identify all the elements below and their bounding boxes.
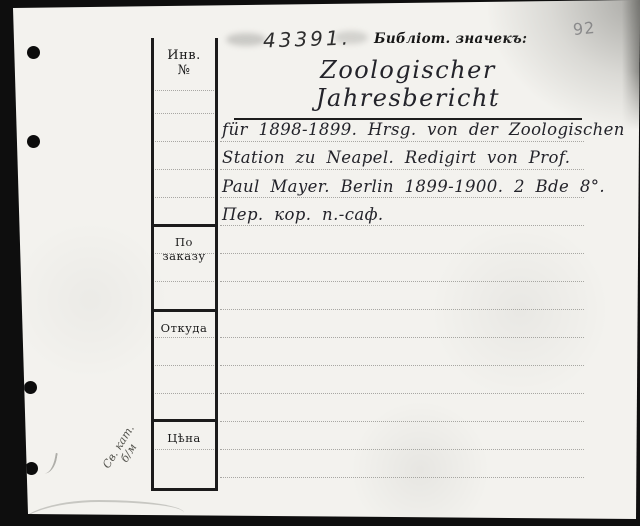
dotted-rule <box>155 141 214 142</box>
label-inventory-number: Инв. № <box>152 48 216 78</box>
dotted-rule <box>155 393 214 394</box>
scan-artifact <box>14 500 184 526</box>
label-by-order: По заказу <box>152 235 216 263</box>
dotted-rule <box>220 477 584 478</box>
pencil-note: Св. кат. б/м <box>93 410 156 491</box>
accession-number-stamp: 43391. <box>263 25 352 52</box>
dotted-rule <box>220 421 584 422</box>
section-divider <box>151 309 218 312</box>
section-divider <box>151 419 218 422</box>
dotted-rule <box>220 281 584 282</box>
label-inventory-line1: Инв. <box>152 48 216 63</box>
dotted-rule <box>155 197 214 198</box>
scanned-catalog-card: { "card": { "stamp_number": "43391.", "p… <box>0 0 640 526</box>
handwritten-description: für 1898-1899. Hrsg. von der Zoologische… <box>222 116 622 230</box>
dotted-rule <box>155 169 214 170</box>
column-bottom-rule <box>151 488 218 491</box>
dotted-rule <box>155 449 214 450</box>
dotted-rule <box>155 365 214 366</box>
dotted-rule <box>155 281 214 282</box>
punch-hole <box>27 135 40 148</box>
punch-hole <box>25 462 38 475</box>
dotted-rule <box>155 90 214 91</box>
scan-shadow <box>622 0 640 130</box>
pencil-page-number: 92 <box>572 18 596 39</box>
column-right-rule <box>215 38 218 490</box>
description-line: Пер. кор. п.-саф. <box>222 201 622 229</box>
dotted-rule <box>155 337 214 338</box>
dotted-rule <box>220 449 584 450</box>
dotted-rule <box>155 113 214 114</box>
punch-hole <box>27 46 40 59</box>
description-line: für 1898-1899. Hrsg. von der Zoologische… <box>222 116 622 144</box>
dotted-rule <box>220 365 584 366</box>
pencil-mark <box>42 451 58 475</box>
section-divider <box>151 224 218 227</box>
dotted-rule <box>220 253 584 254</box>
dotted-rule <box>220 309 584 310</box>
handwritten-title: Zoologischer Jahresbericht <box>234 56 582 120</box>
ink-smudge <box>226 33 266 46</box>
label-from-where: Откуда <box>152 321 216 335</box>
description-line: Paul Mayer. Berlin 1899-1900. 2 Bde 8°. <box>222 173 622 201</box>
label-inventory-line2: № <box>152 63 216 78</box>
description-line: Station zu Neapel. Redigirt von Prof. <box>222 144 622 172</box>
dotted-rule <box>220 393 584 394</box>
punch-hole <box>24 381 37 394</box>
library-mark-label: Библіот. значекъ: <box>374 31 527 47</box>
paper-card: Инв. № По заказу Откуда Цѣна 43391. Библ… <box>0 0 640 526</box>
dotted-rule <box>220 337 584 338</box>
label-price: Цѣна <box>152 431 216 445</box>
